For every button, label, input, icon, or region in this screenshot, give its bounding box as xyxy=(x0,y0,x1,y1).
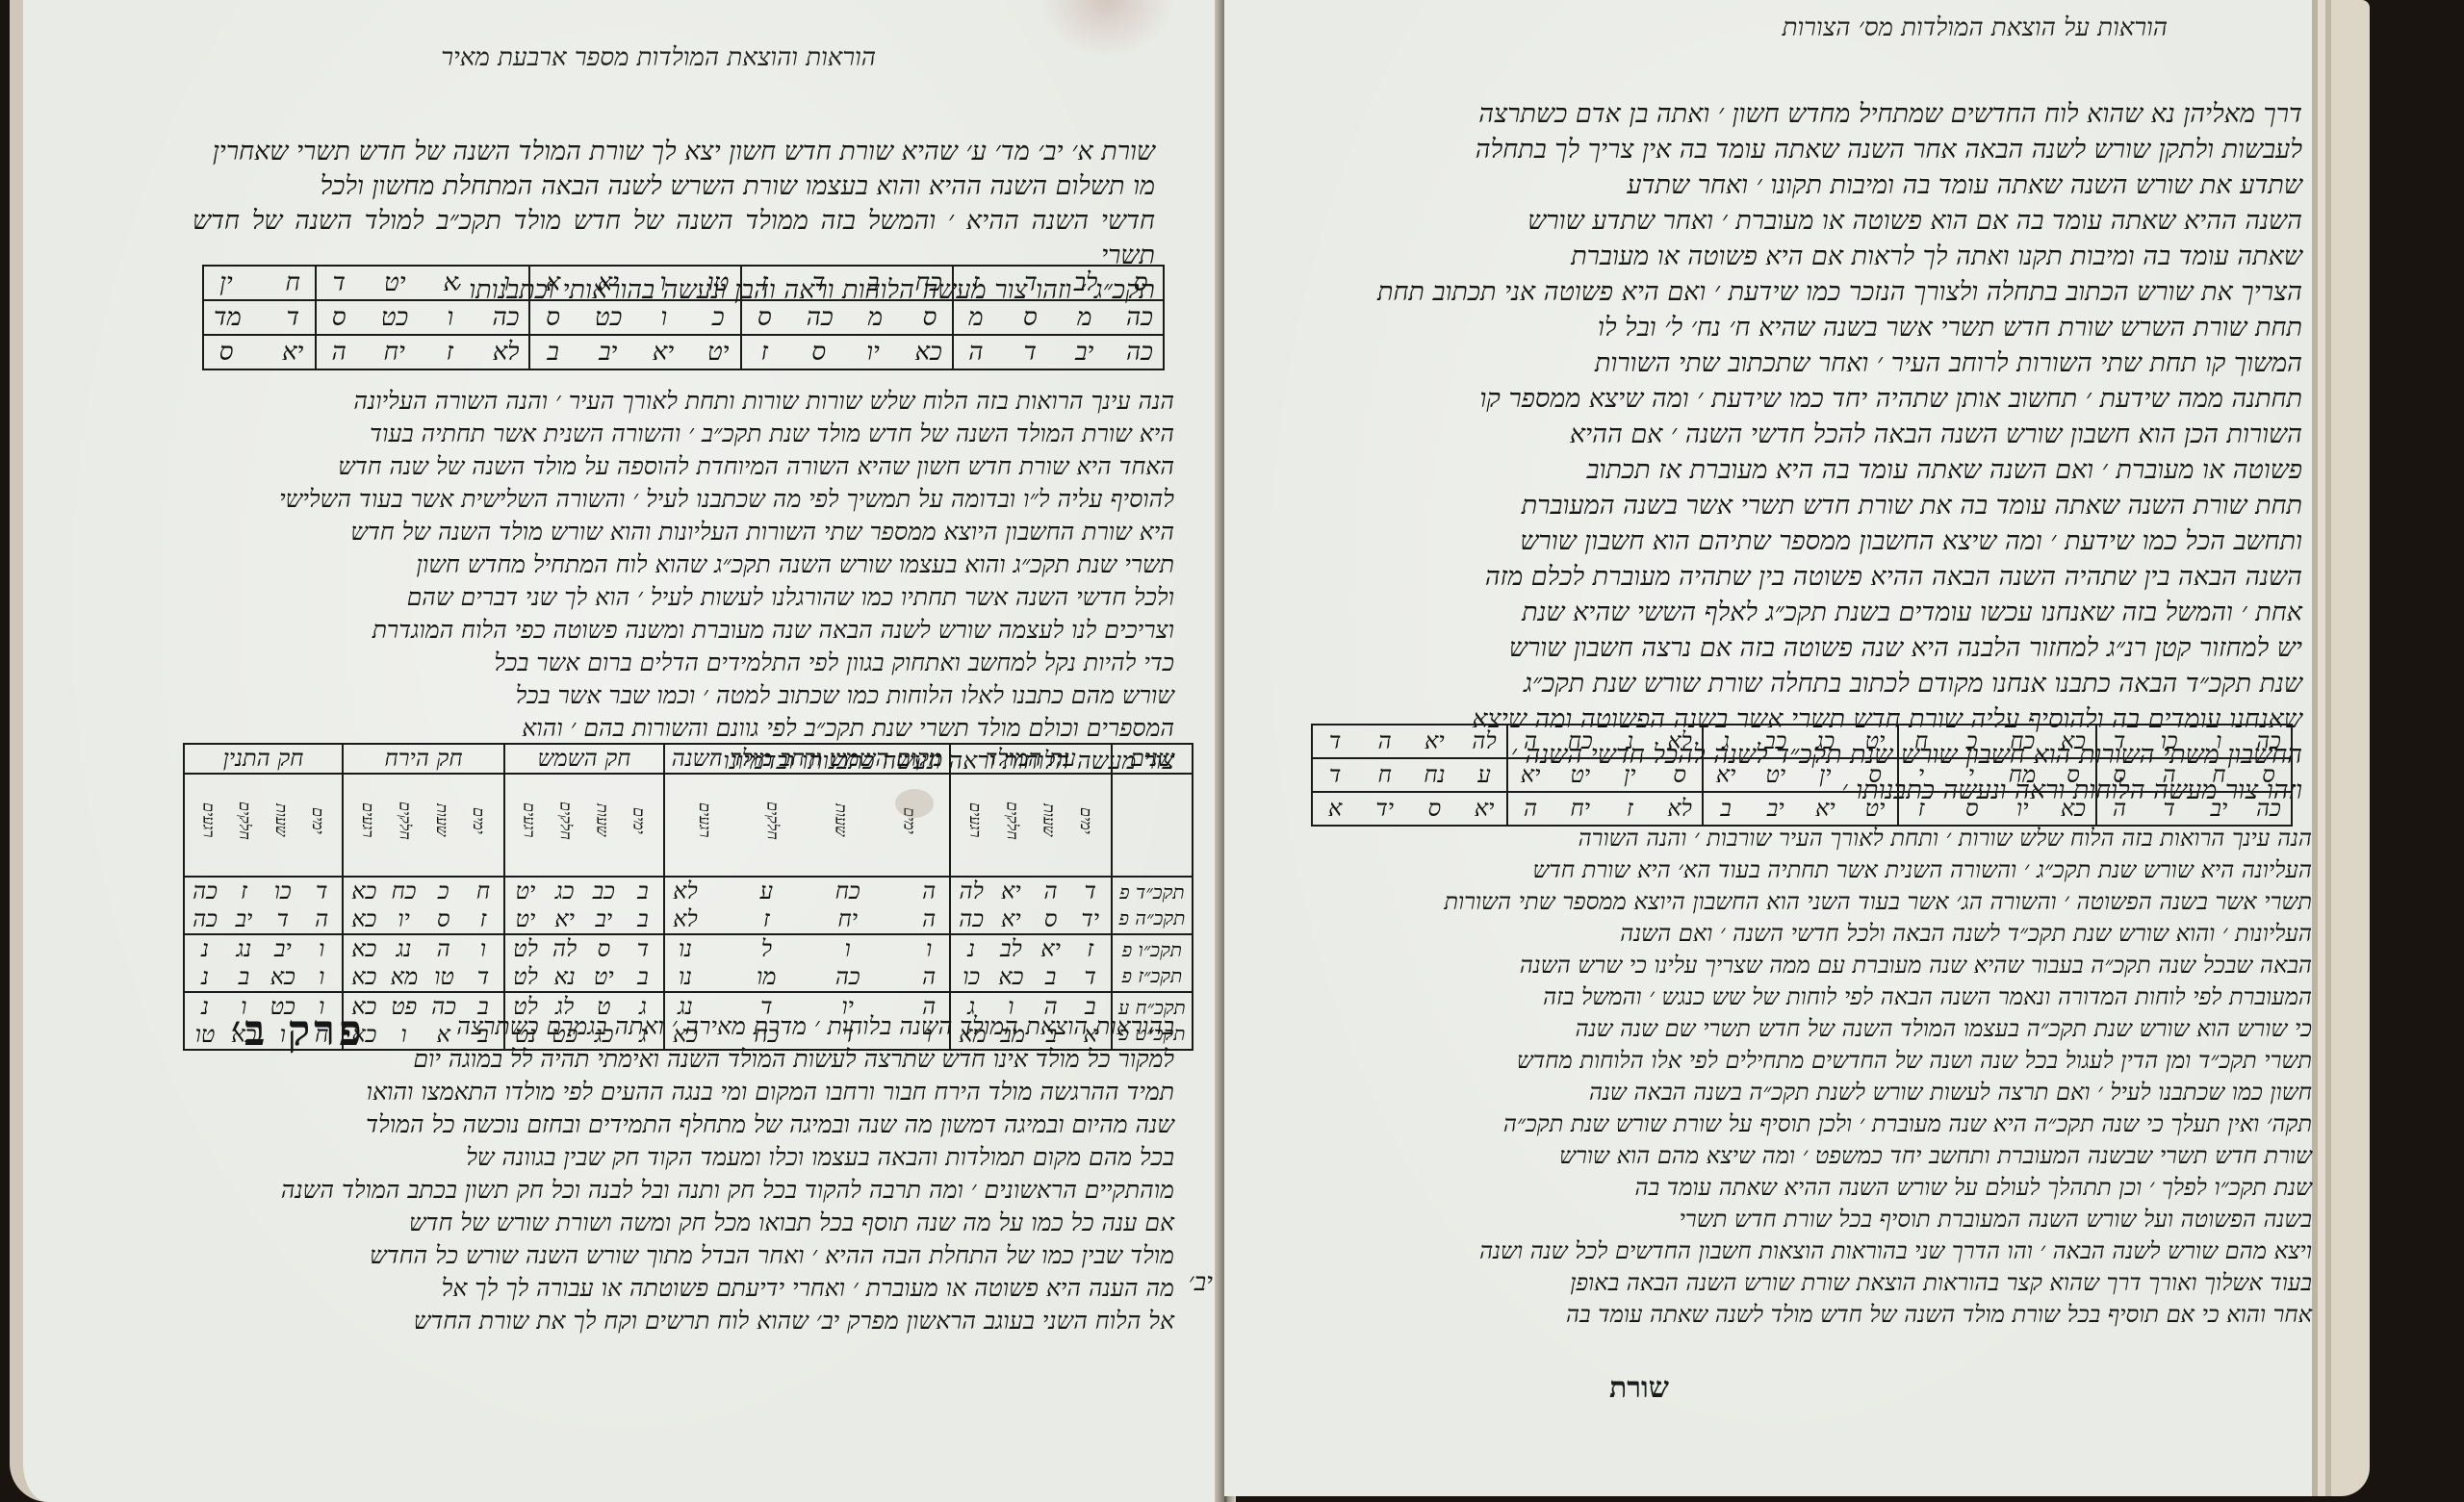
cell-value: כג xyxy=(552,878,577,905)
cell-value: ו xyxy=(438,303,463,332)
cell-value: ז xyxy=(1078,935,1103,963)
cell-values: ביטנאלט xyxy=(511,963,657,991)
text-line: הנה עינך הרואות בזה הלוח שלש שורות שורות… xyxy=(192,385,1174,418)
cell-values: היחזלא xyxy=(671,905,943,933)
text-line: בעוד אשלוך ואורך דרך שהוא קצר בהוראות הו… xyxy=(1253,1267,2312,1299)
year-label: תקכ״ד פתקכ״ה פ xyxy=(1112,877,1193,934)
cell-value: ס xyxy=(1960,795,1985,823)
cell-value: כט xyxy=(381,303,408,332)
text-line: המספרים וכולם מולד תשרי שנת תקכ״ב לפי גו… xyxy=(192,712,1174,745)
cell-value: לב xyxy=(1073,268,1098,297)
cell-values: יאס xyxy=(210,336,309,369)
cell-value: כא xyxy=(998,963,1023,991)
cell-value: כט xyxy=(595,303,622,332)
cell-value: ה xyxy=(326,338,351,367)
subheader-label: שעות xyxy=(272,775,291,866)
cell-value: יב xyxy=(231,905,256,933)
subheader-group: ימיםשעותחלקיםרגעים xyxy=(671,775,943,876)
cell-value: ס xyxy=(540,303,565,332)
cell-value: יט xyxy=(1568,761,1593,789)
cell-values: ויבנגנ xyxy=(191,935,336,963)
cell-value: ס xyxy=(591,935,616,963)
table-cell-group: כהיבדה xyxy=(2096,792,2292,826)
cell-value: ל xyxy=(754,935,779,963)
table-cell-group: יאסידא xyxy=(1312,792,1507,826)
text-line: השנה ההיא שאתה עומד בה אם הוא פשוטה או מ… xyxy=(1263,203,2302,239)
cell-value: ין xyxy=(1812,761,1837,789)
right-page: הוראות על הוצאת המולדות מס׳ הצורות דרך מ… xyxy=(1224,0,2370,1496)
table-cell-group: כהיבדה xyxy=(953,335,1164,369)
cell-value: ב xyxy=(860,268,885,297)
cell-value: יח xyxy=(835,905,860,933)
cell-value: יא xyxy=(1713,761,1738,789)
cell-value: כא xyxy=(351,935,376,963)
table-row: תקכ״ו פתקכ״ז פזיאלבנדבכאכווולנוהכהמונודס… xyxy=(184,934,1193,992)
table-subheader xyxy=(1112,774,1193,877)
cell-value: לה xyxy=(1472,727,1497,755)
cell-stack: חככחכאזסיוכא xyxy=(349,878,498,933)
table-cell-group: וולנוהכהמונו xyxy=(664,934,950,992)
cell-value: יא xyxy=(1039,935,1064,963)
subheader-label: חלקים xyxy=(556,775,575,866)
text-line: הבאה שבכל שנה תקכ״ה בעבור שהיא שנה מעובר… xyxy=(1253,950,2312,981)
cell-value: ז xyxy=(437,338,462,367)
text-line: ותחשב הכל כמו שידעת ׳ ומה שיצא החשבון ממ… xyxy=(1263,523,2302,559)
table-cell-group: לאזיחה xyxy=(1507,792,1703,826)
text-line: מולד שבין כמו של התחלת הבה ההיא ׳ ואחר ה… xyxy=(212,1239,1174,1272)
cell-values: דמד xyxy=(210,301,309,334)
table-cell-group: חין xyxy=(203,266,316,300)
cell-value: ס xyxy=(917,303,942,332)
subheader-label: שעות xyxy=(1040,775,1059,866)
year-label: תקכ״ו פתקכ״ז פ xyxy=(1112,934,1193,992)
text-line: ויצא מהם שורש לשנה הבאה ׳ והו הדרך שני ב… xyxy=(1253,1235,2312,1267)
cell-value: נח xyxy=(1422,761,1447,789)
table-header: חק הירח xyxy=(343,744,504,774)
table-cell-group: כהוכוד xyxy=(2096,725,2292,758)
text-line: שנה מהיום ובמיגה דמשון מה שנה ובמיגה של … xyxy=(212,1108,1174,1141)
text-line: תשרי שנת תקכ״ג והוא בעצמו שורש השנה תקכ״… xyxy=(192,548,1174,581)
cell-value: יא xyxy=(596,268,621,297)
cell-value: ס xyxy=(2256,761,2281,789)
table-cell-group: כוכטס xyxy=(529,300,741,335)
table-cell-group: יאס xyxy=(203,335,316,369)
cell-values: הכחעלא xyxy=(671,878,943,905)
cell-value: יב xyxy=(270,935,295,963)
table-cell-group: ענחחד xyxy=(1312,758,1507,792)
cell-stack: דהיאלהידסיאכה xyxy=(957,878,1105,933)
cell-value: כו xyxy=(270,878,295,905)
cell-value: יח xyxy=(382,338,407,367)
open-manuscript: הוראות והוצאת המולדות מספר ארבעת מאיר שו… xyxy=(0,0,2464,1502)
table-subheader: ימיםשעותחלקיםרגעים xyxy=(343,774,504,877)
cell-value: ה xyxy=(431,935,456,963)
cell-values: טוויאא xyxy=(536,267,734,299)
table-row: כהוכודכאכחכחיטכגכבגלאנכחהלהיאהד xyxy=(1312,725,2292,758)
table-cell-group: דהיאלהידסיאכה xyxy=(950,877,1112,934)
table-row: תקכ״ד פתקכ״ה פדהיאלהידסיאכההכחעלאהיחזלאב… xyxy=(184,877,1193,934)
text-line: מה הענה היא פשוטה או מעוברת ׳ ואחרי ידיע… xyxy=(212,1272,1174,1305)
cell-value: ד xyxy=(1322,761,1347,789)
cell-value: ע xyxy=(1472,761,1497,789)
text-line: שורת א׳ יב׳ מד׳ ע׳ שהיא שורת חדש חשון יצ… xyxy=(192,135,1155,169)
cell-value: יא xyxy=(651,338,676,367)
cell-value: ד xyxy=(270,905,295,933)
left-small-table: סלבדזכחבדזטוויאאואיטדחיןכהמסמסמכהסכוכטסכ… xyxy=(202,265,1165,370)
cell-value: ה xyxy=(1518,795,1543,823)
cell-values: כהמסמ xyxy=(960,301,1157,334)
subheader-label: ימים xyxy=(1077,775,1095,866)
cell-value: כה xyxy=(807,303,834,332)
cell-value: לה xyxy=(552,935,577,963)
cell-value: יו xyxy=(2010,795,2035,823)
cell-value: ה xyxy=(1373,727,1398,755)
table-cell-group: זיאלבנדבכאכו xyxy=(950,934,1112,992)
cell-value: יא xyxy=(998,905,1023,933)
right-running-head: הוראות על הוצאת המולדות מס׳ הצורות xyxy=(1783,13,2168,42)
cell-values: כאיוסז xyxy=(748,336,946,369)
cell-value: ס xyxy=(1667,761,1692,789)
text-line: לעבשות ולתקן שורש לשנה הבאה אחר השנה שאת… xyxy=(1263,132,2302,167)
cell-value: כא xyxy=(2061,795,2086,823)
cell-value: לב xyxy=(998,935,1023,963)
cell-value: יא xyxy=(280,338,305,367)
cell-value: ו xyxy=(309,963,334,991)
text-line: בכל מהם מקום תמולדות והבאה בעצמו וכלו ומ… xyxy=(212,1141,1174,1174)
cell-value: ב xyxy=(630,905,655,933)
left-astronomical-table: שניםעת המולדמקום השמש ורחב מולד השנהחק ה… xyxy=(183,743,1193,1051)
cell-value: מא xyxy=(391,963,419,991)
text-line: שתדע את שורש השנה שאתה עומד בה ומיבות תק… xyxy=(1263,167,2302,203)
cell-value: לא xyxy=(673,878,698,905)
cell-value: ין xyxy=(1617,761,1642,789)
cell-value: ס xyxy=(431,905,456,933)
cell-value: ח xyxy=(1373,761,1398,789)
cell-value: יב xyxy=(596,338,621,367)
cell-value: יט xyxy=(706,338,731,367)
cell-value: ס xyxy=(1017,303,1042,332)
cell-value: ד xyxy=(1017,338,1042,367)
text-line: השורות הכן הוא חשבון שורש השנה הבאה להכל… xyxy=(1263,417,2302,452)
cell-value: ו xyxy=(471,935,496,963)
cell-value: מ xyxy=(963,303,988,332)
text-line: השנה הבאה בין שתהיה השנה הבאה ההיא פשוטה… xyxy=(1263,559,2302,595)
text-line: שאתה עומד בה ומיבות תקנו ואתה לך לראות א… xyxy=(1263,239,2302,274)
cell-value: ה xyxy=(1039,878,1064,905)
cell-value: ו xyxy=(835,935,860,963)
cell-values: והנגכא xyxy=(349,935,498,963)
cell-value: יא xyxy=(1422,727,1447,755)
subheader-label: חלקים xyxy=(236,775,254,866)
table-cell-group: כאכחכח xyxy=(1898,725,2096,758)
cell-values: ידסיאכה xyxy=(957,905,1105,933)
table-cell-group: סיןיטיא xyxy=(1703,758,1898,792)
cell-value: ב xyxy=(630,963,655,991)
cell-value: כב xyxy=(591,878,616,905)
cell-value: כו xyxy=(2157,727,2182,755)
subheader-group: ימיםשעותחלקיםרגעים xyxy=(349,775,498,876)
table-cell-group: לאנכחה xyxy=(1507,725,1703,758)
cell-value: ז xyxy=(754,905,779,933)
subheader-label: ימים xyxy=(629,775,648,866)
cell-value: יא xyxy=(1472,795,1497,823)
cell-value: א xyxy=(1322,795,1347,823)
cell-value: י xyxy=(1909,761,1934,789)
cell-value: מ xyxy=(862,303,887,332)
cell-values: וכאבנ xyxy=(191,963,336,991)
subheader-label: חלקים xyxy=(764,775,783,866)
subheader-label: רגעים xyxy=(359,775,377,866)
text-line: תחת שורת השרש שורת חדש תשרי אשר בשנה שהי… xyxy=(1263,310,2302,345)
text-line: כדי להיות נקל למחשב ואתחוק בגוון לפי התל… xyxy=(192,647,1174,679)
cell-value: לא xyxy=(673,905,698,933)
table-row: כהיבדהכאיוסזיטיאיבבלאזיחהיאס xyxy=(203,335,1164,369)
table-cell-group: כאיוסז xyxy=(741,335,953,369)
cell-value: יט xyxy=(513,905,538,933)
table-cell-group: יטיאיבב xyxy=(529,335,741,369)
cell-value: כה xyxy=(959,905,984,933)
cell-value: ין xyxy=(214,268,239,297)
cell-value: כא xyxy=(915,338,942,367)
cell-values: ענחחד xyxy=(1319,759,1501,791)
subheader-label: שעות xyxy=(433,775,451,866)
text-line: חדשי השנה ההיא ׳ והמשל בזה ממולד השנה של… xyxy=(192,204,1155,273)
cell-value: טו xyxy=(432,963,457,991)
year-value: תקכ״ה פ xyxy=(1118,905,1186,931)
left-running-head: הוראות והוצאת המולדות מספר ארבעת מאיר xyxy=(441,43,876,72)
cell-values: בכבכגיט xyxy=(511,878,657,905)
text-line: המעוברת לפי לוחות המדורה ונאמר השנה הבאה… xyxy=(1253,981,2312,1013)
cell-values: סחהס xyxy=(2103,759,2285,791)
cell-value: ב xyxy=(630,878,655,905)
cell-value: כח xyxy=(2010,727,2035,755)
cell-value: יד xyxy=(1078,905,1103,933)
table-cell-group: ויבנגנוכאבנ xyxy=(184,934,343,992)
catchword: שורת xyxy=(1609,1371,1669,1405)
text-line: אל הלוח השני בעוגב הראשון מפרק יב׳ שהוא … xyxy=(212,1305,1174,1337)
cell-value: ו xyxy=(651,268,676,297)
cell-value: ד xyxy=(326,268,351,297)
cell-values: להיאהד xyxy=(1319,726,1501,757)
cell-value: מ xyxy=(1072,303,1097,332)
table-cell-group: כאיוסז xyxy=(1898,792,2096,826)
text-line: שורת חדש תשרי שבשנה המעוברת ותחשב יחד כמ… xyxy=(1253,1140,2312,1172)
subheader-group: ימיםשעותחלקיםרגעים xyxy=(957,775,1105,876)
cell-value: מד xyxy=(214,303,242,332)
cell-value: ו xyxy=(916,935,941,963)
cell-values: זיאלבנ xyxy=(957,935,1105,963)
cell-value: כ xyxy=(431,878,456,905)
table-cell-group: דסלהלטביטנאלט xyxy=(504,934,664,992)
cell-values: כהיבדה xyxy=(960,336,1157,369)
table-cell-group: כחבדז xyxy=(741,266,953,300)
text-line: שנת תקכ״ד הבאה כתבנו אנחנו מקודם לכתוב ב… xyxy=(1263,666,2302,701)
cell-values: סמחיי xyxy=(1905,759,2090,791)
cell-value: ח xyxy=(2206,761,2231,789)
text-line: מוהתקיים הראשונים ׳ ומה תרבה להקוד בכל ח… xyxy=(212,1174,1174,1207)
cell-value: ח xyxy=(1909,727,1934,755)
cell-values: וולנו xyxy=(671,935,943,963)
text-line: תשרי אשר בשנה הפשוטה ׳ והשורה הג׳ אשר בע… xyxy=(1253,886,2312,918)
chapter-heading: פרק ב׳ xyxy=(231,1010,366,1053)
right-small-table: כהוכודכאכחכחיטכגכבגלאנכחהלהיאהדסחהססמחיי… xyxy=(1311,724,2293,827)
cell-value: ג xyxy=(1713,727,1738,755)
cell-value: ס xyxy=(214,338,239,367)
year-value: תקכ״ד פ xyxy=(1118,879,1186,905)
cell-value: יב xyxy=(1763,795,1788,823)
cell-value: ז xyxy=(1617,795,1642,823)
cell-value: נ xyxy=(1617,727,1642,755)
cell-value: יט xyxy=(1862,795,1887,823)
cell-values: הדיבכה xyxy=(191,905,336,933)
cell-value: א xyxy=(438,268,463,297)
cell-value: ו xyxy=(652,303,677,332)
cell-value: ס xyxy=(1128,268,1153,297)
cell-stack: בכבכגיטביביאיט xyxy=(511,878,657,933)
text-line: אחת ׳ והמשל בזה שאנחנו עכשו עומדים בשנת … xyxy=(1263,595,2302,630)
cell-value: יד xyxy=(1373,795,1398,823)
table-cell-group: דמד xyxy=(203,300,316,335)
cell-value: יא xyxy=(1812,795,1837,823)
cell-stack: ויבנגנוכאבנ xyxy=(191,935,336,991)
cell-value: יב xyxy=(591,905,616,933)
cell-value: י xyxy=(1959,761,1984,789)
cell-value: נו xyxy=(673,963,698,991)
cell-value: ד xyxy=(1078,878,1103,905)
cell-value: כח xyxy=(1568,727,1593,755)
text-line: המשוך קו תחת שתי השורות לרוחב העיר ׳ ואח… xyxy=(1263,345,2302,381)
table-cell-group: ואיטד xyxy=(316,266,529,300)
cell-value: ז xyxy=(471,905,496,933)
cell-value: ד xyxy=(1018,268,1043,297)
cell-value: ב xyxy=(231,963,256,991)
subheader-label: רגעים xyxy=(966,775,985,866)
right-paragraph-2: הנה עינך הרואות בזה הלוח שלש שורות ׳ ותח… xyxy=(1253,823,2312,1331)
cell-value: ד xyxy=(1078,963,1103,991)
cell-value: כה xyxy=(1126,338,1153,367)
cell-value: ה xyxy=(963,338,988,367)
cell-values: כהוכוד xyxy=(2103,726,2285,757)
right-paragraph-1: דרך מאליהן נא שהוא לוח החדשים שמתחיל מחד… xyxy=(1263,96,2302,808)
cell-value: כה xyxy=(835,963,860,991)
cell-value: כה xyxy=(2256,795,2281,823)
cell-value: ס xyxy=(1039,905,1064,933)
cell-stack: דסלהלטביטנאלט xyxy=(511,935,657,991)
cell-value: ז xyxy=(231,878,256,905)
cell-values: כהוכטס xyxy=(322,301,523,334)
cell-value: כא xyxy=(2061,727,2086,755)
cell-value: לא xyxy=(493,338,520,367)
text-line: ולכל חדשי השנה אשר תחתיו כמו שהורגלנו לע… xyxy=(192,581,1174,614)
cell-value: ד xyxy=(807,268,832,297)
cell-value: ה xyxy=(309,905,334,933)
text-line: היא שורת החשבון היוצא ממספר שתי השורות ה… xyxy=(192,516,1174,548)
text-line: תחתנה ממה שידעת ׳ תחשוב אותן שתהיה יחד כ… xyxy=(1263,381,2302,417)
table-header: חק השמש xyxy=(504,744,664,774)
cell-value: ע xyxy=(754,878,779,905)
cell-value: ו xyxy=(494,268,519,297)
table-subheader: ימיםשעותחלקיםרגעים xyxy=(184,774,343,877)
cell-value: לט xyxy=(513,935,538,963)
cell-value: כה xyxy=(192,905,218,933)
table-header: מקום השמש ורחב מולד השנה xyxy=(664,744,950,774)
cell-value: ב xyxy=(540,338,565,367)
cell-value: ז xyxy=(752,338,777,367)
table-cell-group: סמחיי xyxy=(1898,758,2096,792)
subheader-label: רגעים xyxy=(696,775,714,866)
cell-value: לט xyxy=(513,963,538,991)
cell-values: דבכאכו xyxy=(957,963,1105,991)
text-line: להוסיף עליה ל״ו ובדומה על תמשיך לפי מה ש… xyxy=(192,483,1174,516)
cell-values: דהיאלה xyxy=(957,878,1105,905)
cell-value: מו xyxy=(754,963,779,991)
cell-values: חככחכא xyxy=(349,878,498,905)
text-line: כי שורש הוא שורש שנת תקכ״ה בעצמו המולד ה… xyxy=(1253,1013,2312,1045)
cell-value: יט xyxy=(513,878,538,905)
cell-value: ד xyxy=(280,303,305,332)
text-line: אחר והוא כי אם תוסיף בכל שורת מולד השנה … xyxy=(1253,1299,2312,1331)
cell-value: ס xyxy=(326,303,351,332)
cell-value: יט xyxy=(1763,761,1788,789)
cell-value: ב xyxy=(1713,795,1738,823)
text-line: דרך מאליהן נא שהוא לוח החדשים שמתחיל מחד… xyxy=(1263,96,2302,132)
cell-value: ז xyxy=(752,268,777,297)
table-cell-group: כהוכטס xyxy=(316,300,529,335)
text-line: תקה׳ ואין תעלך כי שנה תקכ״ה היא שנה מעוב… xyxy=(1253,1108,2312,1140)
text-line: וצריכים לנו לעצמה שורש לשנה הבאה שנה מעו… xyxy=(192,614,1174,647)
cell-value: כא xyxy=(270,963,295,991)
table-cell-group: חככחכאזסיוכא xyxy=(343,877,504,934)
cell-stack: הכחעלאהיחזלא xyxy=(671,878,943,933)
cell-value: ה xyxy=(916,905,941,933)
text-line: בשנה הפשוטה ועל שורש השנה המעוברת תוסיף … xyxy=(1253,1204,2312,1235)
table-cell-group: כהמסמ xyxy=(953,300,1164,335)
cell-value: ס xyxy=(2107,761,2132,789)
table-cell-group: סיןיטיא xyxy=(1507,758,1703,792)
cell-value: כא xyxy=(351,878,376,905)
cell-values: סלבדז xyxy=(960,267,1157,299)
text-line: תשרי תקכ״ד ומן הדין לעגול בכל שנה ושנה ש… xyxy=(1253,1045,2312,1077)
cell-value: יב xyxy=(2206,795,2231,823)
left-page: הוראות והוצאת המולדות מספר ארבעת מאיר שו… xyxy=(10,0,1222,1502)
cell-value: נו xyxy=(673,935,698,963)
cell-value: ה xyxy=(2107,795,2132,823)
cell-value: ה xyxy=(916,878,941,905)
subheader-label: ימים xyxy=(309,775,327,866)
table-subheader: ימיםשעותחלקיםרגעים xyxy=(504,774,664,877)
cell-values: יטיאיבב xyxy=(536,336,734,369)
cell-value: יא xyxy=(1518,761,1543,789)
cell-values: כוכטס xyxy=(536,301,734,334)
table-cell-group: יטכגכבג xyxy=(1703,725,1898,758)
table-row: סחהססמחייסיןיטיאסיןיטיאענחחד xyxy=(1312,758,2292,792)
cell-value: נ xyxy=(192,935,218,963)
cell-value: יב xyxy=(1072,338,1097,367)
cell-value: יו xyxy=(392,905,417,933)
cell-values: כאכחכח xyxy=(1905,726,2090,757)
table-cell-group: להיאהד xyxy=(1312,725,1507,758)
cell-value: יא xyxy=(998,878,1023,905)
text-line: שורש מהם כתבנו לאלו הלוחות כמו שכתוב למט… xyxy=(192,679,1174,712)
cell-value: ה xyxy=(1518,727,1543,755)
table-cell-group: יטיאיבב xyxy=(1703,792,1898,826)
cell-value: ס xyxy=(2061,761,2086,789)
left-paragraph-3: פרק ב׳ בהוראות הוצאת המולד השנה בלוחות ׳… xyxy=(212,1010,1174,1337)
cell-value: מח xyxy=(2009,761,2036,789)
cell-values: סיןיטיא xyxy=(1709,759,1891,791)
cell-values: כהיבדה xyxy=(2103,793,2285,825)
cell-value: כ xyxy=(706,303,731,332)
